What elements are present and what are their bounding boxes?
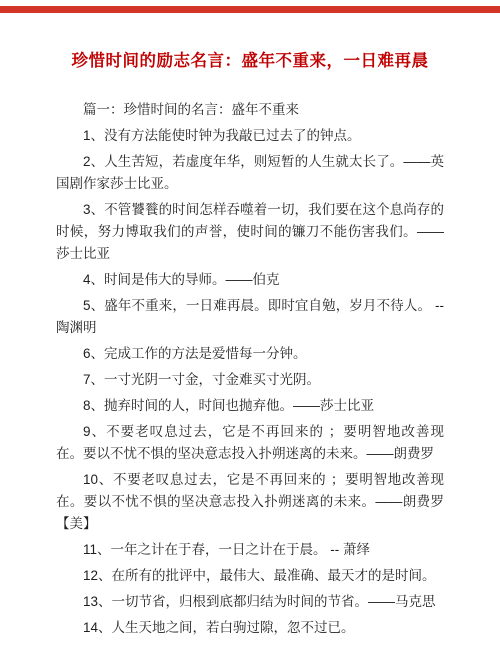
quote-item-6: 6、完成工作的方法是爱惜每一分钟。 xyxy=(56,343,444,365)
document-page: 珍惜时间的励志名言：盛年不重来，一日难再晨 篇一：珍惜时间的名言：盛年不重来 1… xyxy=(0,0,500,647)
quote-item-1: 1、没有方法能使时钟为我敲已过去了的钟点。 xyxy=(56,125,444,147)
quote-item-9: 9、不要老叹息过去，它是不再回来的 ；要明智地改善现在。要以不忧不惧的坚决意志投… xyxy=(56,421,444,465)
quote-item-3: 3、不管饕餮的时间怎样吞噬着一切，我们要在这个息尚存的时候，努力博取我们的声誉，… xyxy=(56,199,444,265)
section-heading: 篇一：珍惜时间的名言：盛年不重来 xyxy=(56,99,444,121)
quote-item-12: 12、在所有的批评中，最伟大、最准确、最天才的是时间。 xyxy=(56,565,444,587)
document-body: 篇一：珍惜时间的名言：盛年不重来 1、没有方法能使时钟为我敲已过去了的钟点。 2… xyxy=(56,99,444,639)
top-accent-bar xyxy=(0,6,500,13)
quote-item-5: 5、盛年不重来，一日难再晨。即时宜自勉，岁月不待人。 -- 陶渊明 xyxy=(56,295,444,339)
quote-item-8: 8、抛弃时间的人，时间也抛弃他。——莎士比亚 xyxy=(56,395,444,417)
quote-item-10: 10、不要老叹息过去，它是不再回来的 ；要明智地改善现在。要以不忧不惧的坚决意志… xyxy=(56,469,444,535)
quote-item-13: 13、一切节省，归根到底都归结为时间的节省。——马克思 xyxy=(56,591,444,613)
quote-item-7: 7、一寸光阴一寸金，寸金难买寸光阴。 xyxy=(56,369,444,391)
quote-item-14: 14、人生天地之间，若白驹过隙，忽不过已。 xyxy=(56,617,444,639)
quote-item-2: 2、人生苦短，若虚度年华，则短暂的人生就太长了。——英国剧作家莎士比亚。 xyxy=(56,151,444,195)
quote-item-4: 4、时间是伟大的导师。——伯克 xyxy=(56,269,444,291)
quote-item-11: 11、一年之计在于春，一日之计在于晨。 -- 萧绎 xyxy=(56,539,444,561)
